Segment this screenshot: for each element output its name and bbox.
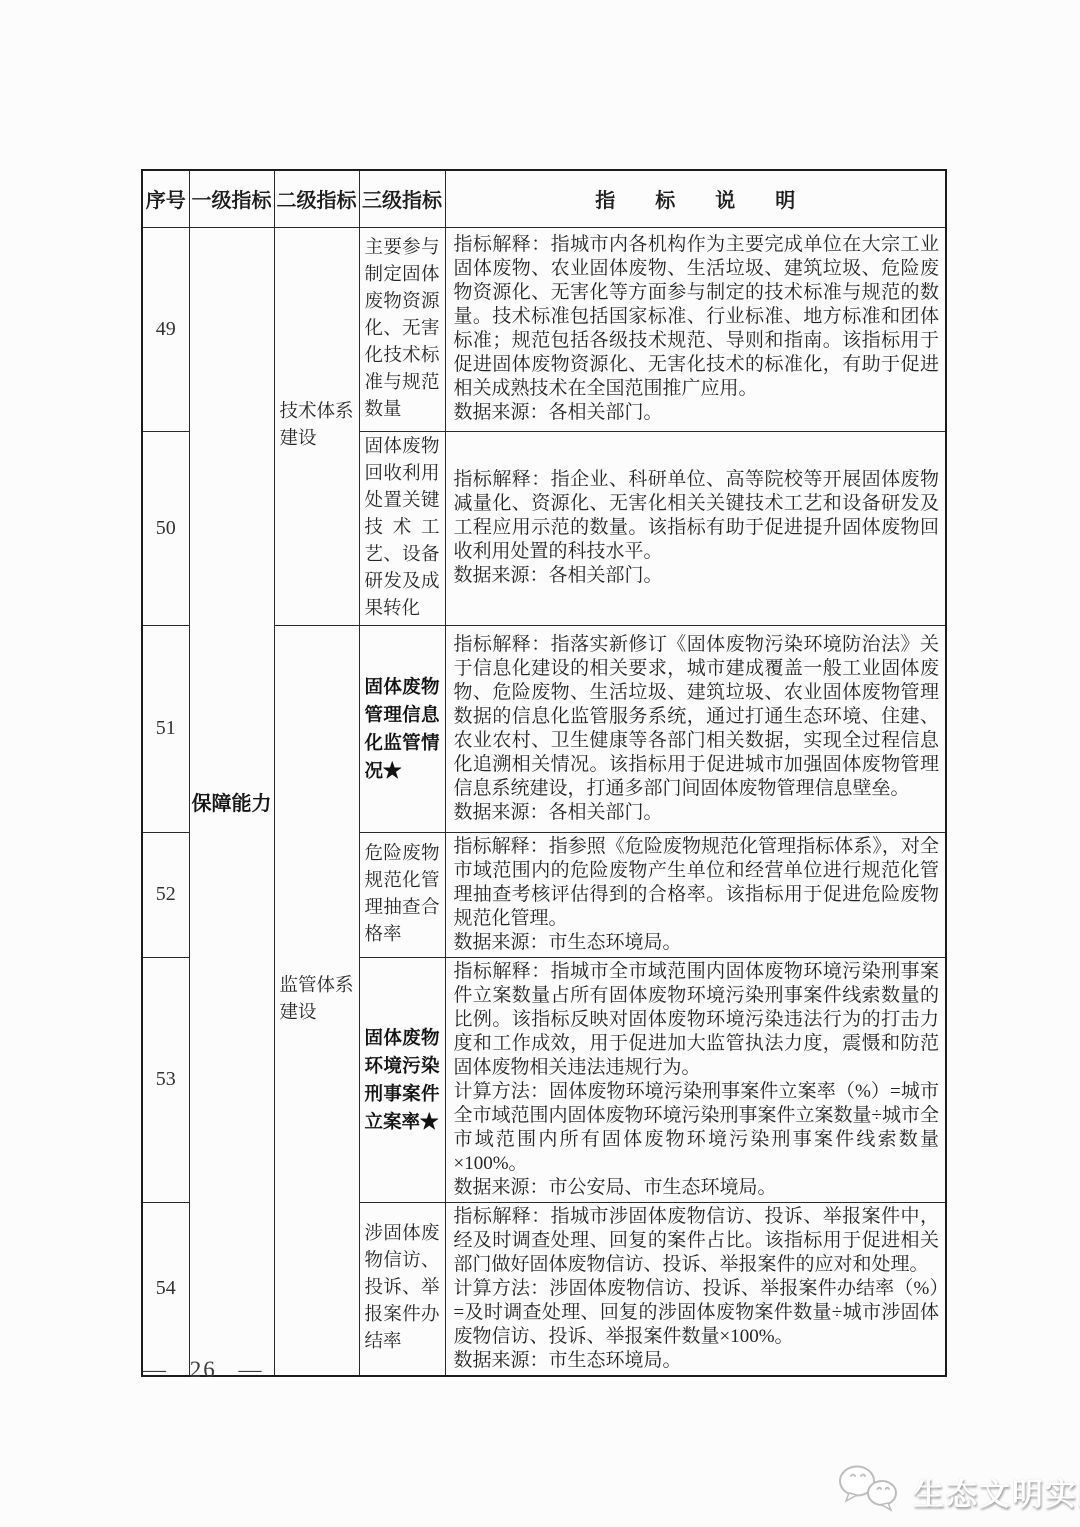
desc-paragraph: 指标解释：指城市内各机构作为主要完成单位在大宗工业固体废物、农业固体废物、生活垃… — [454, 233, 940, 401]
row-number-54: 54 — [142, 1202, 189, 1376]
level3-indicator-50: 固体废物回收利用处置关键技术工艺、设备研发及成果转化 — [359, 431, 445, 625]
row-number-51: 51 — [142, 625, 189, 832]
description-54: 指标解释：指城市涉固体废物信访、投诉、举报案件中，经及时调查处理、回复的案件占比… — [445, 1202, 946, 1376]
desc-paragraph: 计算方法：涉固体废物信访、投诉、举报案件办结率（%）=及时调查处理、回复的涉固体… — [454, 1277, 940, 1349]
watermark: 生态文明实践 — [833, 1460, 1080, 1523]
description-52: 指标解释：指参照《危险废物规范化管理指标体系》，对全市域范围内的危险废物产生单位… — [445, 832, 946, 957]
watermark-text: 生态文明实践 — [913, 1469, 1080, 1514]
col-header-description: 指标说明 — [445, 170, 946, 227]
col-header-no: 序号 — [142, 170, 189, 227]
level3-indicator-51: 固体废物管理信息化监管情况★ — [359, 625, 445, 832]
desc-paragraph: 数据来源：各相关部门。 — [454, 801, 940, 825]
level2-indicator-tech: 技术体系建设 — [274, 227, 359, 625]
description-49: 指标解释：指城市内各机构作为主要完成单位在大宗工业固体废物、农业固体废物、生活垃… — [445, 227, 946, 431]
desc-paragraph: 计算方法：固体废物环境污染刑事案件立案率（%）=城市全市域范围内固体废物环境污染… — [454, 1080, 940, 1176]
desc-paragraph: 数据来源：各相关部门。 — [454, 401, 940, 425]
description-50: 指标解释：指企业、科研单位、高等院校等开展固体废物减量化、资源化、无害化相关关键… — [445, 431, 946, 625]
table-row: 49 保障能力 技术体系建设 主要参与制定固体废物资源化、无害化技术标准与规范数… — [142, 227, 946, 431]
chat-bubbles-icon — [833, 1460, 907, 1523]
desc-paragraph: 指标解释：指城市涉固体废物信访、投诉、举报案件中，经及时调查处理、回复的案件占比… — [454, 1205, 940, 1277]
level3-indicator-53: 固体废物环境污染刑事案件立案率★ — [359, 957, 445, 1202]
row-number-50: 50 — [142, 431, 189, 625]
level3-indicator-49: 主要参与制定固体废物资源化、无害化技术标准与规范数量 — [359, 227, 445, 431]
col-header-level2: 二级指标 — [274, 170, 359, 227]
desc-paragraph: 数据来源：市公安局、市生态环境局。 — [454, 1176, 940, 1200]
table-header-row: 序号 一级指标 二级指标 三级指标 指标说明 — [142, 170, 946, 227]
row-number-52: 52 — [142, 832, 189, 957]
desc-paragraph: 指标解释：指城市全市域范围内固体废物环境污染刑事案件立案数量占所有固体废物环境污… — [454, 960, 940, 1080]
level3-indicator-54: 涉固体废物信访、投诉、举报案件办结率 — [359, 1202, 445, 1376]
desc-paragraph: 数据来源：市生态环境局。 — [454, 1349, 940, 1373]
col-header-level1: 一级指标 — [189, 170, 274, 227]
desc-paragraph: 指标解释：指落实新修订《固体废物污染环境防治法》关于信息化建设的相关要求，城市建… — [454, 633, 940, 801]
desc-paragraph: 指标解释：指企业、科研单位、高等院校等开展固体废物减量化、资源化、无害化相关关键… — [454, 468, 940, 564]
document-page: 序号 一级指标 二级指标 三级指标 指标说明 49 保障能力 技术体系建设 主要… — [0, 0, 1080, 1527]
col-header-level3: 三级指标 — [359, 170, 445, 227]
indicator-table: 序号 一级指标 二级指标 三级指标 指标说明 49 保障能力 技术体系建设 主要… — [141, 169, 947, 1377]
row-number-53: 53 — [142, 957, 189, 1202]
level2-indicator-supervision: 监管体系建设 — [274, 625, 359, 1376]
desc-paragraph: 数据来源：市生态环境局。 — [454, 931, 940, 955]
level1-indicator: 保障能力 — [189, 227, 274, 1376]
description-51: 指标解释：指落实新修订《固体废物污染环境防治法》关于信息化建设的相关要求，城市建… — [445, 625, 946, 832]
page-number: — 26 — — [143, 1357, 264, 1383]
desc-paragraph: 指标解释：指参照《危险废物规范化管理指标体系》，对全市域范围内的危险废物产生单位… — [454, 835, 940, 931]
desc-paragraph: 数据来源：各相关部门。 — [454, 564, 940, 588]
description-53: 指标解释：指城市全市域范围内固体废物环境污染刑事案件立案数量占所有固体废物环境污… — [445, 957, 946, 1202]
level3-indicator-52: 危险废物规范化管理抽查合格率 — [359, 832, 445, 957]
row-number-49: 49 — [142, 227, 189, 431]
